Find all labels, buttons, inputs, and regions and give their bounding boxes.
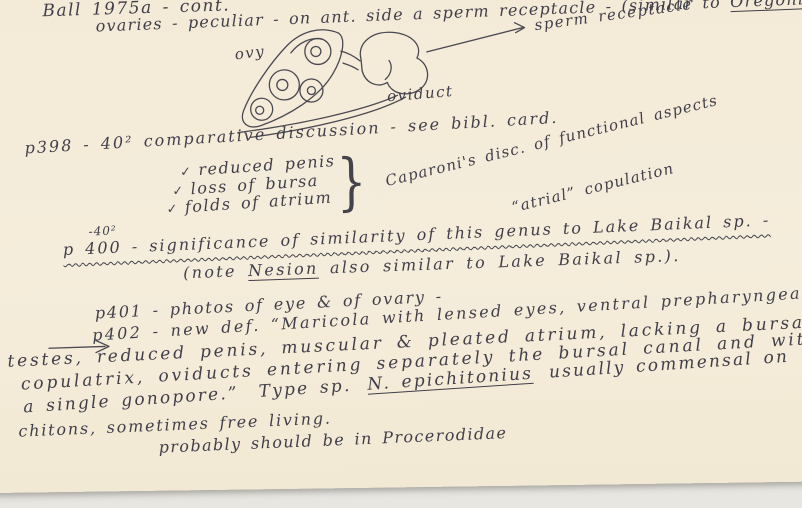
sperm-receptacle-fold	[385, 60, 391, 79]
p400-note-end: also similar to Lake Baikal sp.).	[318, 246, 681, 278]
sperm-receptacle-pointer-line	[427, 28, 523, 52]
follicle-3-core	[307, 86, 315, 94]
check-icon: ✓	[180, 165, 193, 181]
follicle-4-core	[256, 106, 264, 114]
p400-note-text: (note	[183, 261, 249, 282]
note-card: Ball 1975a - cont. ovaries - peculiar - …	[0, 0, 802, 493]
follicle-1	[305, 38, 331, 64]
taxon-nesion: Nesion	[248, 259, 319, 280]
follicle-2-core	[277, 79, 288, 90]
neck-line-1	[341, 51, 360, 61]
follicle-1-core	[311, 46, 321, 56]
ovary-label: ovy	[234, 42, 266, 63]
check-icon: ✓	[166, 202, 179, 218]
follicle-2	[269, 70, 299, 100]
taxon-oregoniplana: Oregoniplana	[730, 0, 802, 11]
p400-superscript: -40²	[88, 223, 117, 238]
brace-glyph: }	[336, 145, 367, 218]
p400-note: (note Nesion also similar to Lake Baikal…	[183, 246, 681, 282]
follicle-4	[251, 98, 273, 120]
neck-line-2	[343, 63, 358, 70]
side-note-atrial: “atrial” copulation	[510, 159, 676, 216]
